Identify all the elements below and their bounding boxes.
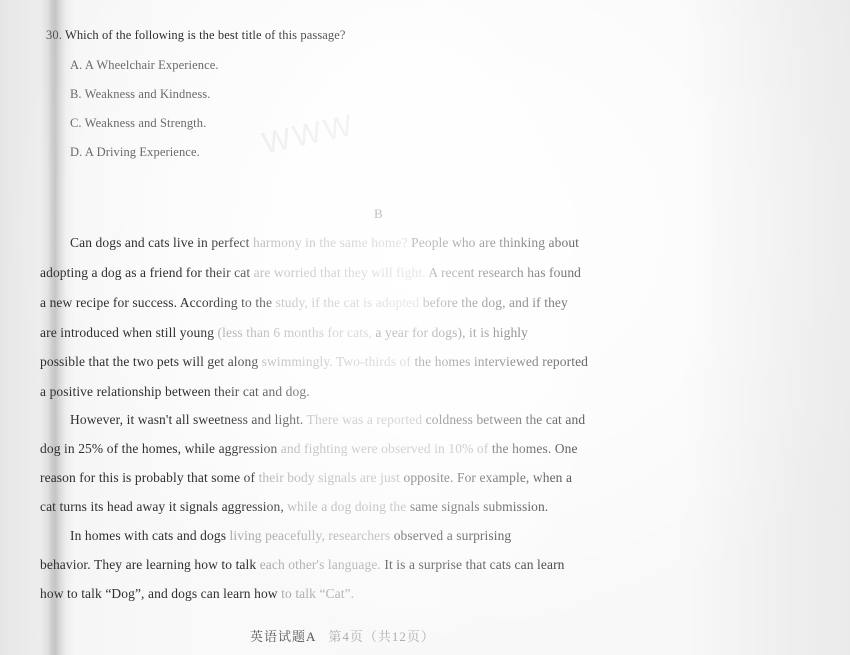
passage-text-faded: living peacefully, researchers <box>226 528 390 543</box>
passage-text-faded: their body signals are just <box>255 470 400 485</box>
option-label: A. <box>70 58 82 72</box>
section-heading: B <box>374 206 383 222</box>
passage-text-faded: There was a reported <box>303 412 422 427</box>
passage-text: the homes. One <box>488 441 577 456</box>
page-edge-haze <box>680 0 850 655</box>
footer-page-number: 第4页（共12页） <box>328 629 435 644</box>
option-d: D. A Driving Experience. <box>70 145 200 160</box>
footer-exam-title: 英语试题A <box>250 629 316 644</box>
option-label: C. <box>70 116 82 130</box>
option-label: B. <box>70 87 82 101</box>
passage-text: reason for this is probably that some of <box>40 470 255 485</box>
passage-line: adopting a dog as a friend for their cat… <box>40 265 581 281</box>
passage-text: a new recipe for success. According to t… <box>40 295 272 310</box>
passage-text-faded: study, if the cat is adopted <box>272 295 419 310</box>
passage-text-faded: swimmingly. Two-thirds of <box>258 354 411 369</box>
passage-text: before the dog, and if they <box>419 295 568 310</box>
passage-text-faded: to talk “Cat”. <box>278 586 354 601</box>
passage-text: the homes interviewed reported <box>411 354 588 369</box>
passage-text-faded: and fighting were observed in 10% of <box>277 441 488 456</box>
passage-text: A recent research has found <box>426 265 581 280</box>
passage-line: However, it wasn't all sweetness and lig… <box>70 412 585 428</box>
passage-text: are introduced when still young <box>40 325 214 340</box>
passage-line: are introduced when still young (less th… <box>40 325 528 341</box>
passage-line: how to talk “Dog”, and dogs can learn ho… <box>40 586 354 602</box>
passage-text: coldness between the cat and <box>422 412 585 427</box>
passage-text: observed a surprising <box>390 528 511 543</box>
bleed-through-watermark: WWW <box>259 109 358 162</box>
passage-text: In homes with cats and dogs <box>70 528 226 543</box>
option-b: B. Weakness and Kindness. <box>70 87 211 102</box>
passage-text: possible that the two pets will get alon… <box>40 354 258 369</box>
passage-line: In homes with cats and dogs living peace… <box>70 528 511 544</box>
passage-line: Can dogs and cats live in perfect harmon… <box>70 235 579 251</box>
question-prompt: 30. Which of the following is the best t… <box>46 28 346 43</box>
passage-line: a positive relationship between their ca… <box>40 384 310 400</box>
passage-text: same signals submission. <box>406 499 548 514</box>
passage-text: Can dogs and cats live in perfect <box>70 235 250 250</box>
passage-text: a positive relationship between their ca… <box>40 384 310 399</box>
passage-text: behavior. They are learning how to talk <box>40 557 256 572</box>
passage-text: how to talk “Dog”, and dogs can learn ho… <box>40 586 278 601</box>
passage-text: It is a surprise that cats can learn <box>381 557 565 572</box>
passage-text-faded: are worried that they will fight. <box>250 265 425 280</box>
question-number: 30. <box>46 28 62 42</box>
passage-text: adopting a dog as a friend for their cat <box>40 265 250 280</box>
photographed-exam-page: WWW 30. Which of the following is the be… <box>0 0 850 655</box>
question-text: Which of the following is the best title… <box>65 28 346 42</box>
passage-line: possible that the two pets will get alon… <box>40 354 588 370</box>
passage-text-faded: each other's language. <box>256 557 381 572</box>
passage-text-faded: (less than 6 months for cats, <box>214 325 372 340</box>
page-footer: 英语试题A 第4页（共12页） <box>250 626 435 645</box>
passage-text: a year for dogs), it is highly <box>372 325 528 340</box>
passage-line: cat turns its head away it signals aggre… <box>40 499 548 515</box>
passage-text-faded: harmony in the same home? <box>250 235 408 250</box>
passage-text: dog in 25% of the homes, while aggressio… <box>40 441 277 456</box>
option-text: A Wheelchair Experience. <box>85 58 219 72</box>
option-text: A Driving Experience. <box>85 145 200 159</box>
option-text: Weakness and Strength. <box>85 116 207 130</box>
passage-text: opposite. For example, when a <box>400 470 572 485</box>
passage-line: a new recipe for success. According to t… <box>40 295 568 311</box>
passage-text-faded: while a dog doing the <box>284 499 407 514</box>
option-a: A. A Wheelchair Experience. <box>70 58 219 73</box>
passage-line: reason for this is probably that some of… <box>40 470 572 486</box>
passage-line: behavior. They are learning how to talk … <box>40 557 565 573</box>
passage-text: People who are thinking about <box>408 235 579 250</box>
passage-line: dog in 25% of the homes, while aggressio… <box>40 441 578 457</box>
option-label: D. <box>70 145 82 159</box>
passage-text: However, it wasn't all sweetness and lig… <box>70 412 303 427</box>
passage-text: cat turns its head away it signals aggre… <box>40 499 284 514</box>
option-text: Weakness and Kindness. <box>85 87 211 101</box>
option-c: C. Weakness and Strength. <box>70 116 206 131</box>
